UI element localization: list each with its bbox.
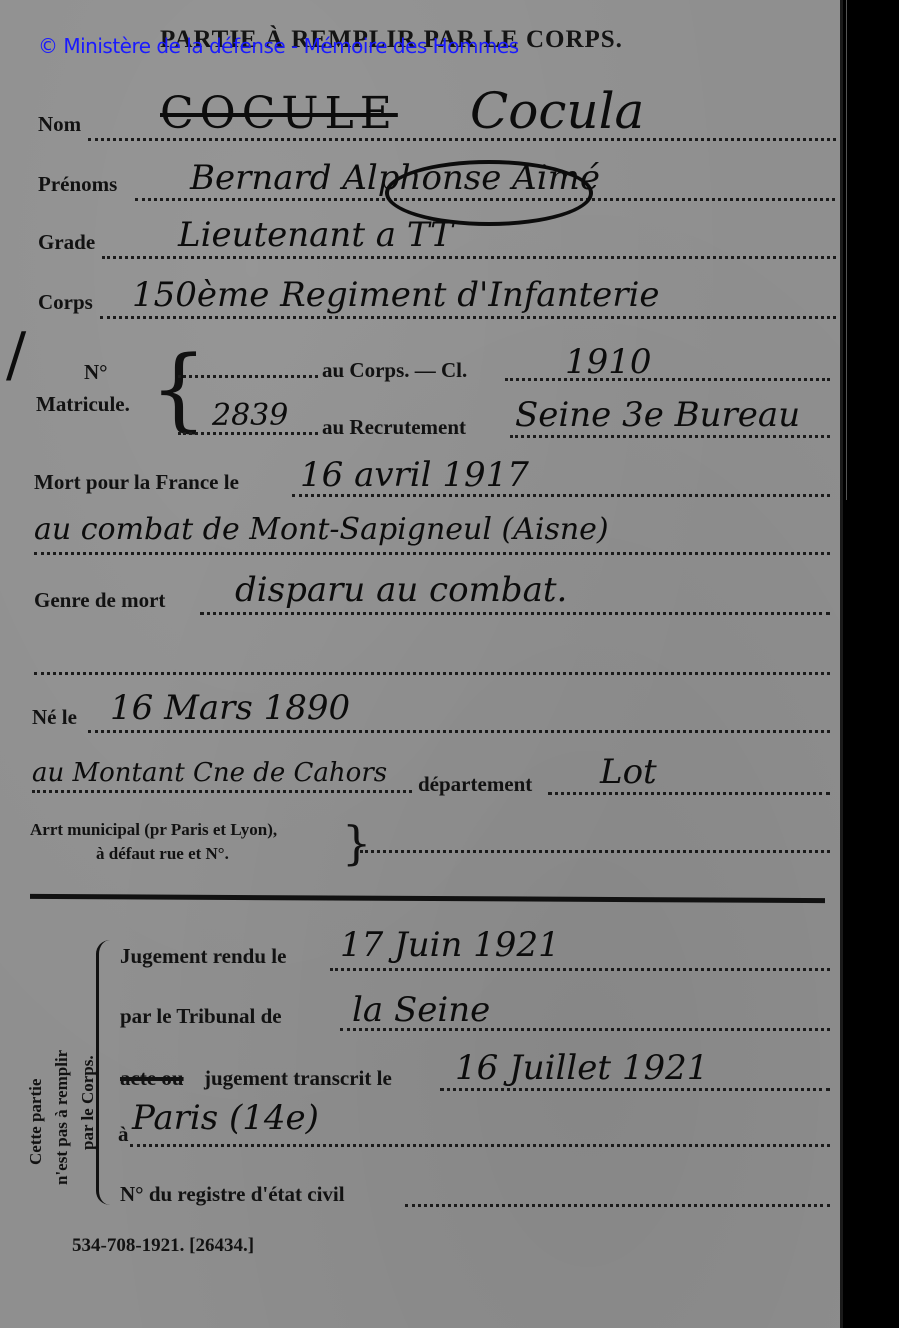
matricule-brace: { bbox=[150, 345, 207, 435]
side-note-line-2: n'est pas à remplir bbox=[52, 1050, 72, 1185]
genre-mort-line bbox=[200, 612, 830, 615]
card-edge bbox=[840, 0, 843, 1328]
recrutement-line bbox=[510, 435, 830, 438]
recrutement-label: au Recrutement bbox=[322, 415, 466, 440]
blank-line bbox=[34, 672, 830, 675]
au-corps-line bbox=[178, 375, 318, 378]
departement-value: Lot bbox=[600, 752, 657, 792]
nom-value: Cocula bbox=[470, 82, 644, 140]
transcrit-line bbox=[440, 1088, 830, 1091]
print-reference: 534-708-1921. [26434.] bbox=[72, 1235, 254, 1257]
tribunal-value: la Seine bbox=[352, 990, 490, 1030]
corps-value: 150ème Regiment d'Infanterie bbox=[132, 275, 660, 315]
recrutement-number: 2839 bbox=[212, 398, 288, 433]
side-note-line-3: par le Corps. bbox=[78, 1055, 98, 1150]
mort-label: Mort pour la France le bbox=[34, 470, 239, 495]
grade-label: Grade bbox=[38, 230, 95, 255]
registre-label: N° du registre d'état civil bbox=[120, 1182, 345, 1207]
mort-lieu-line bbox=[34, 552, 830, 555]
ne-line bbox=[88, 730, 830, 733]
jugement-rendu-label: Jugement rendu le bbox=[120, 944, 286, 969]
arrondissement-line bbox=[360, 850, 830, 853]
ne-date: 16 Mars 1890 bbox=[110, 688, 350, 728]
section-divider bbox=[30, 894, 825, 903]
jugement-rendu-line bbox=[330, 968, 830, 971]
corps-label: Corps bbox=[38, 290, 93, 315]
genre-mort-value: disparu au combat. bbox=[235, 570, 567, 610]
mort-date: 16 avril 1917 bbox=[300, 455, 529, 495]
side-note: Cette partie n'est pas à remplir par le … bbox=[22, 985, 107, 1170]
grade-line bbox=[102, 256, 836, 259]
side-note-line-1: Cette partie bbox=[26, 1079, 46, 1165]
card-edge-inner bbox=[846, 0, 847, 500]
nom-label: Nom bbox=[38, 112, 81, 137]
arrondissement-label-2: à défaut rue et N°. bbox=[96, 844, 229, 864]
tribunal-label: par le Tribunal de bbox=[120, 1004, 282, 1029]
prenoms-label: Prénoms bbox=[38, 172, 117, 197]
classe-value: 1910 bbox=[565, 342, 652, 382]
acte-ou-struck: acte ou bbox=[120, 1066, 184, 1091]
death-record-card: PARTIE À REMPLIR PAR LE CORPS. © Ministè… bbox=[0, 0, 840, 1328]
au-corps-label: au Corps. — Cl. bbox=[322, 358, 467, 383]
grade-value: Lieutenant a TT bbox=[178, 215, 453, 255]
arrondissement-label-1: Arrt municipal (pr Paris et Lyon), bbox=[30, 820, 277, 840]
departement-label: département bbox=[418, 772, 532, 797]
matricule-label: Matricule. bbox=[36, 392, 130, 417]
a-value: Paris (14e) bbox=[132, 1098, 319, 1138]
ne-lieu: au Montant Cne de Cahors bbox=[32, 758, 387, 788]
a-line bbox=[130, 1144, 830, 1147]
matricule-no-label: N° bbox=[84, 360, 108, 385]
ne-lieu-line bbox=[32, 790, 412, 793]
margin-check-mark: / bbox=[6, 320, 26, 390]
corps-line bbox=[100, 316, 836, 319]
a-label: à bbox=[118, 1122, 129, 1147]
nom-struck-value: COCULE bbox=[160, 88, 398, 139]
transcrit-label: jugement transcrit le bbox=[204, 1066, 392, 1091]
arrondissement-brace: } bbox=[342, 818, 371, 868]
genre-mort-label: Genre de mort bbox=[34, 588, 165, 613]
copyright-watermark: © Ministère de la défense - Mémoire des … bbox=[38, 34, 519, 58]
prenoms-value: Bernard Alphonse Aimé bbox=[190, 158, 600, 198]
departement-line bbox=[548, 792, 830, 795]
classe-line bbox=[505, 378, 830, 381]
registre-line bbox=[405, 1204, 830, 1207]
ne-label: Né le bbox=[32, 705, 77, 730]
jugement-brace bbox=[96, 940, 113, 1205]
jugement-rendu-value: 17 Juin 1921 bbox=[340, 925, 560, 965]
transcrit-value: 16 Juillet 1921 bbox=[455, 1048, 708, 1088]
mort-lieu: au combat de Mont-Sapigneul (Aisne) bbox=[34, 512, 609, 547]
recrutement-place: Seine 3e Bureau bbox=[515, 395, 800, 435]
